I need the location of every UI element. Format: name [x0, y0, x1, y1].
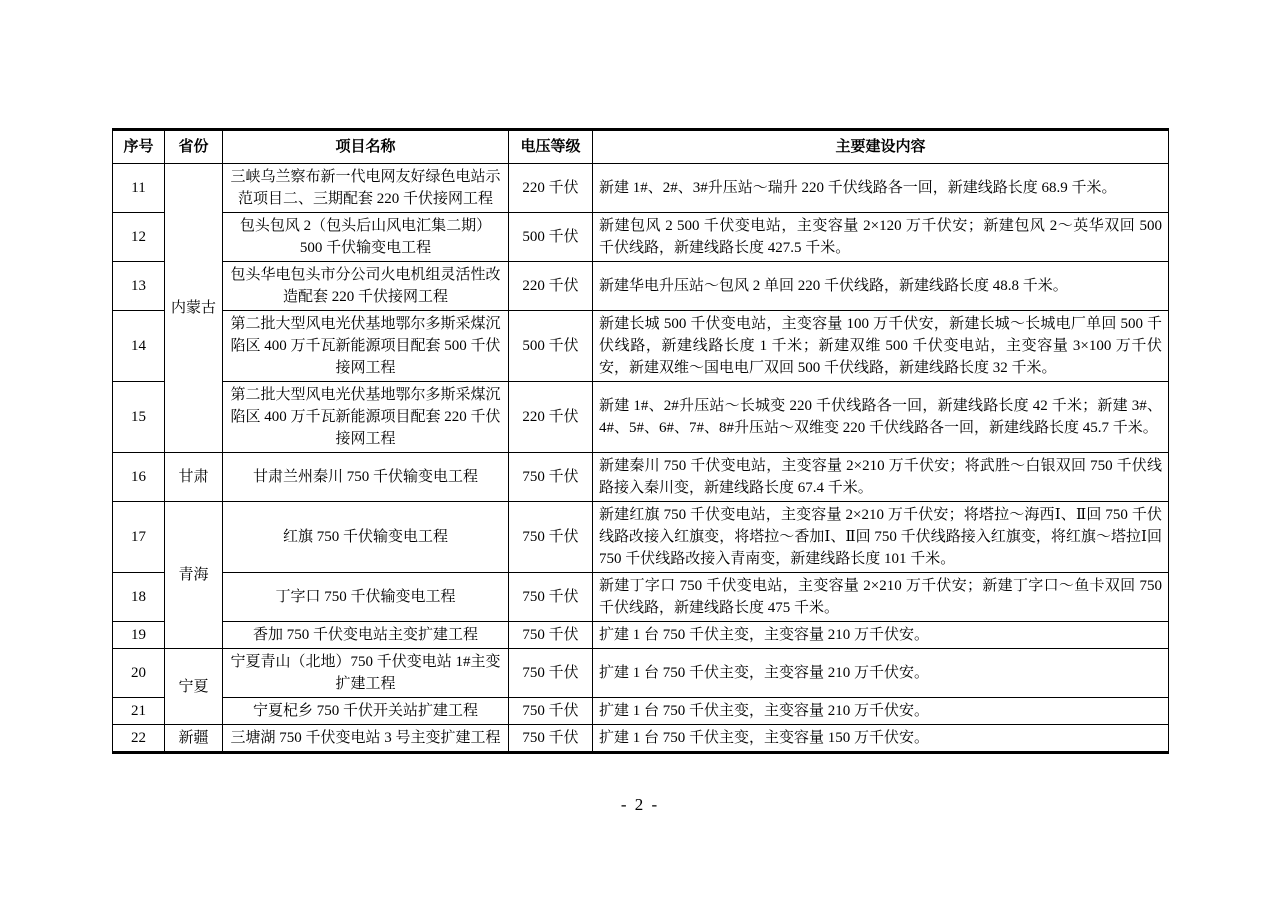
content-cell: 扩建 1 台 750 千伏主变，主变容量 210 万千伏安。 [593, 649, 1169, 698]
table-row: 16甘肃甘肃兰州秦川 750 千伏输变电工程750 千伏新建秦川 750 千伏变… [113, 453, 1169, 502]
province-cell: 宁夏 [165, 649, 223, 725]
row-number-cell: 12 [113, 213, 165, 262]
province-cell: 新疆 [165, 725, 223, 753]
table-row: 21宁夏杞乡 750 千伏开关站扩建工程750 千伏扩建 1 台 750 千伏主… [113, 698, 1169, 725]
col-header-content: 主要建设内容 [593, 130, 1169, 164]
project-name-cell: 甘肃兰州秦川 750 千伏输变电工程 [223, 453, 509, 502]
table-row: 20宁夏宁夏青山（北地）750 千伏变电站 1#主变扩建工程750 千伏扩建 1… [113, 649, 1169, 698]
content-cell: 新建华电升压站～包风 2 单回 220 千伏线路，新建线路长度 48.8 千米。 [593, 262, 1169, 311]
content-cell: 新建秦川 750 千伏变电站，主变容量 2×210 万千伏安；将武胜～白银双回 … [593, 453, 1169, 502]
row-number-cell: 18 [113, 573, 165, 622]
col-header-voltage: 电压等级 [509, 130, 593, 164]
province-cell: 青海 [165, 502, 223, 649]
project-name-cell: 三塘湖 750 千伏变电站 3 号主变扩建工程 [223, 725, 509, 753]
province-cell: 甘肃 [165, 453, 223, 502]
table-row: 12包头包风 2（包头后山风电汇集二期）500 千伏输变电工程500 千伏新建包… [113, 213, 1169, 262]
row-number-cell: 17 [113, 502, 165, 573]
voltage-cell: 750 千伏 [509, 502, 593, 573]
project-name-cell: 第二批大型风电光伏基地鄂尔多斯采煤沉陷区 400 万千瓦新能源项目配套 500 … [223, 311, 509, 382]
content-cell: 新建 1#、2#、3#升压站～瑞升 220 千伏线路各一回，新建线路长度 68.… [593, 164, 1169, 213]
content-cell: 扩建 1 台 750 千伏主变，主变容量 210 万千伏安。 [593, 698, 1169, 725]
project-name-cell: 丁字口 750 千伏输变电工程 [223, 573, 509, 622]
row-number-cell: 11 [113, 164, 165, 213]
table-row: 15第二批大型风电光伏基地鄂尔多斯采煤沉陷区 400 万千瓦新能源项目配套 22… [113, 382, 1169, 453]
voltage-cell: 220 千伏 [509, 164, 593, 213]
content-cell: 扩建 1 台 750 千伏主变，主变容量 210 万千伏安。 [593, 622, 1169, 649]
project-name-cell: 包头华电包头市分公司火电机组灵活性改造配套 220 千伏接网工程 [223, 262, 509, 311]
table-row: 17青海红旗 750 千伏输变电工程750 千伏新建红旗 750 千伏变电站，主… [113, 502, 1169, 573]
table-body: 11内蒙古三峡乌兰察布新一代电网友好绿色电站示范项目二、三期配套 220 千伏接… [113, 164, 1169, 753]
province-cell: 内蒙古 [165, 164, 223, 453]
project-name-cell: 宁夏杞乡 750 千伏开关站扩建工程 [223, 698, 509, 725]
table-row: 18丁字口 750 千伏输变电工程750 千伏新建丁字口 750 千伏变电站，主… [113, 573, 1169, 622]
voltage-cell: 220 千伏 [509, 262, 593, 311]
content-cell: 新建长城 500 千伏变电站，主变容量 100 万千伏安，新建长城～长城电厂单回… [593, 311, 1169, 382]
voltage-cell: 750 千伏 [509, 453, 593, 502]
row-number-cell: 22 [113, 725, 165, 753]
project-name-cell: 包头包风 2（包头后山风电汇集二期）500 千伏输变电工程 [223, 213, 509, 262]
project-name-cell: 香加 750 千伏变电站主变扩建工程 [223, 622, 509, 649]
content-cell: 新建丁字口 750 千伏变电站，主变容量 2×210 万千伏安；新建丁字口～鱼卡… [593, 573, 1169, 622]
col-header-no: 序号 [113, 130, 165, 164]
table-row: 11内蒙古三峡乌兰察布新一代电网友好绿色电站示范项目二、三期配套 220 千伏接… [113, 164, 1169, 213]
voltage-cell: 750 千伏 [509, 698, 593, 725]
row-number-cell: 21 [113, 698, 165, 725]
row-number-cell: 20 [113, 649, 165, 698]
voltage-cell: 750 千伏 [509, 573, 593, 622]
table-row: 22新疆三塘湖 750 千伏变电站 3 号主变扩建工程750 千伏扩建 1 台 … [113, 725, 1169, 753]
voltage-cell: 750 千伏 [509, 649, 593, 698]
row-number-cell: 13 [113, 262, 165, 311]
content-cell: 新建红旗 750 千伏变电站，主变容量 2×210 万千伏安；将塔拉～海西Ⅰ、Ⅱ… [593, 502, 1169, 573]
content-cell: 新建 1#、2#升压站～长城变 220 千伏线路各一回，新建线路长度 42 千米… [593, 382, 1169, 453]
project-name-cell: 宁夏青山（北地）750 千伏变电站 1#主变扩建工程 [223, 649, 509, 698]
voltage-cell: 750 千伏 [509, 725, 593, 753]
content-cell: 扩建 1 台 750 千伏主变，主变容量 150 万千伏安。 [593, 725, 1169, 753]
project-name-cell: 第二批大型风电光伏基地鄂尔多斯采煤沉陷区 400 万千瓦新能源项目配套 220 … [223, 382, 509, 453]
voltage-cell: 750 千伏 [509, 622, 593, 649]
projects-table: 序号 省份 项目名称 电压等级 主要建设内容 11内蒙古三峡乌兰察布新一代电网友… [112, 128, 1169, 754]
voltage-cell: 500 千伏 [509, 311, 593, 382]
project-name-cell: 红旗 750 千伏输变电工程 [223, 502, 509, 573]
page-number: - 2 - [0, 795, 1280, 815]
col-header-name: 项目名称 [223, 130, 509, 164]
table-row: 19香加 750 千伏变电站主变扩建工程750 千伏扩建 1 台 750 千伏主… [113, 622, 1169, 649]
row-number-cell: 14 [113, 311, 165, 382]
document-page: 序号 省份 项目名称 电压等级 主要建设内容 11内蒙古三峡乌兰察布新一代电网友… [0, 0, 1280, 904]
voltage-cell: 220 千伏 [509, 382, 593, 453]
row-number-cell: 19 [113, 622, 165, 649]
table-row: 13包头华电包头市分公司火电机组灵活性改造配套 220 千伏接网工程220 千伏… [113, 262, 1169, 311]
table-row: 14第二批大型风电光伏基地鄂尔多斯采煤沉陷区 400 万千瓦新能源项目配套 50… [113, 311, 1169, 382]
row-number-cell: 15 [113, 382, 165, 453]
row-number-cell: 16 [113, 453, 165, 502]
project-name-cell: 三峡乌兰察布新一代电网友好绿色电站示范项目二、三期配套 220 千伏接网工程 [223, 164, 509, 213]
content-cell: 新建包风 2 500 千伏变电站，主变容量 2×120 万千伏安；新建包风 2～… [593, 213, 1169, 262]
table-header-row: 序号 省份 项目名称 电压等级 主要建设内容 [113, 130, 1169, 164]
col-header-province: 省份 [165, 130, 223, 164]
voltage-cell: 500 千伏 [509, 213, 593, 262]
